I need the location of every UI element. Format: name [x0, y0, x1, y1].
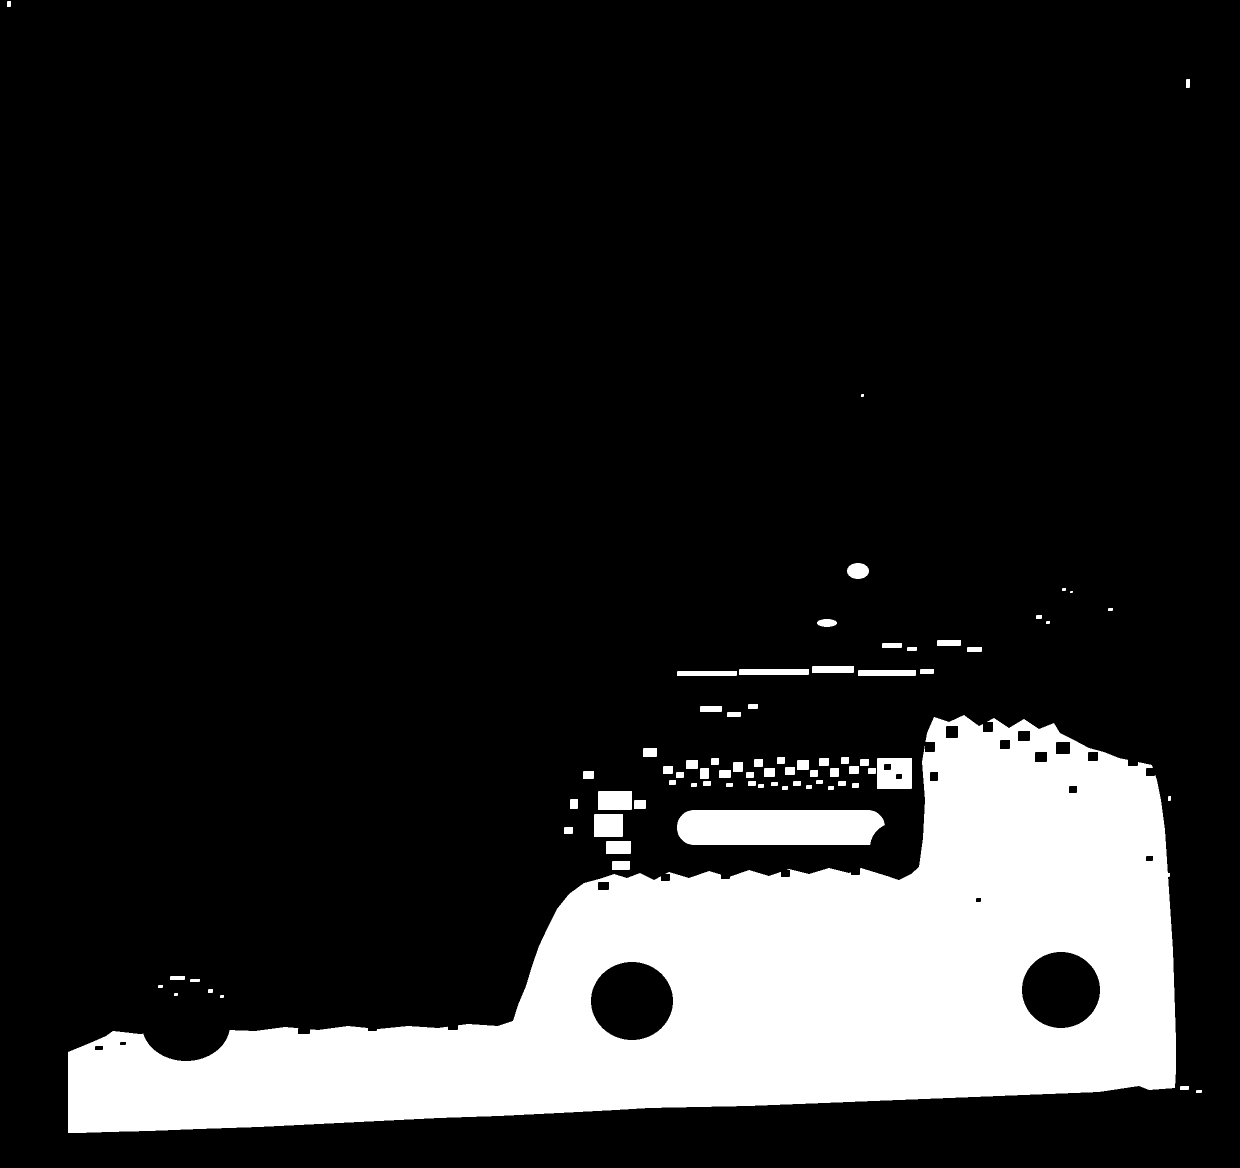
bright-spot-lower	[817, 619, 837, 627]
left-edge-patches	[564, 827, 573, 834]
edge-checker-blocks	[946, 726, 958, 738]
noise-specks	[1070, 591, 1073, 593]
speckle-band	[797, 760, 809, 770]
speckle-band	[746, 772, 754, 778]
speckle-band	[748, 781, 756, 786]
top-highlight-streak	[739, 669, 809, 675]
speckle-band	[860, 759, 869, 766]
top-highlight-streak	[677, 671, 737, 676]
speckle-band	[877, 758, 912, 789]
noise-specks	[1036, 615, 1042, 619]
top-highlight-streak	[727, 712, 741, 717]
page: { "canvas": { "width": 1240, "height": 1…	[0, 0, 1240, 1168]
noise-specks	[1196, 1090, 1202, 1093]
edge-checker-blocks	[448, 1025, 458, 1030]
edge-checker-blocks	[1018, 731, 1030, 741]
speckle-band	[676, 772, 684, 778]
speckle-band	[838, 781, 846, 786]
speckle-band	[686, 760, 698, 769]
speckle-band	[754, 759, 763, 767]
edge-checker-blocks	[1146, 856, 1153, 861]
left-edge-patches	[598, 791, 632, 810]
speckle-band	[777, 757, 785, 764]
speckle-band	[691, 783, 697, 787]
top-highlight-streak	[812, 666, 854, 673]
speckle-band	[793, 781, 801, 786]
speckle-band	[849, 766, 859, 774]
edge-checker-blocks	[896, 774, 902, 779]
strip-specks	[158, 985, 163, 988]
edge-checker-blocks	[781, 870, 790, 877]
left-edge-patches	[583, 771, 594, 779]
upper-wisps	[937, 640, 961, 646]
edge-checker-blocks	[976, 898, 981, 902]
edge-checker-blocks	[721, 872, 730, 879]
hole-right	[1022, 952, 1100, 1028]
speckle-band	[830, 768, 839, 777]
speckle-band	[806, 785, 812, 789]
noise-specks	[1168, 796, 1171, 801]
left-edge-patches	[594, 814, 623, 837]
base-strip-dark-bulge	[142, 989, 230, 1061]
speckle-band	[771, 782, 778, 786]
speckle-band	[785, 767, 795, 775]
binary-image-figure	[0, 0, 1240, 1168]
speckle-band	[841, 757, 849, 764]
speckle-band	[700, 768, 709, 779]
left-edge-patches	[570, 799, 578, 809]
speckle-band	[782, 786, 788, 790]
speckle-band	[819, 758, 829, 766]
speckle-band	[703, 781, 711, 786]
speckle-band	[669, 780, 676, 785]
strip-specks	[170, 976, 185, 980]
speckle-band	[828, 786, 834, 790]
edge-checker-blocks	[1000, 740, 1010, 749]
slot-end-knob	[870, 823, 920, 873]
noise-specks	[1180, 1086, 1189, 1090]
edge-checker-blocks	[1056, 742, 1070, 754]
upper-wisps	[967, 647, 982, 652]
speckle-band	[810, 770, 818, 777]
edge-checker-blocks	[884, 764, 891, 770]
edge-checker-blocks	[983, 722, 993, 732]
speckle-band	[852, 783, 859, 788]
edge-checker-blocks	[930, 772, 938, 781]
edge-checker-blocks	[1069, 786, 1077, 793]
speckle-band	[733, 762, 743, 772]
noise-specks	[1046, 621, 1050, 624]
part-silhouette-white-region	[68, 715, 1176, 1133]
speckle-band	[663, 766, 673, 774]
hole-left	[591, 962, 673, 1040]
edge-checker-blocks	[1128, 758, 1138, 766]
noise-specks	[1167, 873, 1170, 877]
noise-specks	[861, 394, 864, 397]
speckle-band	[711, 758, 719, 765]
speckle-band	[726, 783, 733, 787]
noise-specks	[1108, 608, 1113, 611]
edge-checker-blocks	[95, 1046, 103, 1050]
edge-checker-blocks	[598, 882, 609, 890]
top-highlight-streak	[858, 670, 916, 676]
strip-specks	[174, 993, 178, 996]
noise-specks	[1062, 588, 1066, 591]
edge-checker-blocks	[1088, 752, 1098, 761]
edge-checker-blocks	[1035, 752, 1047, 762]
slot-highlight-bar	[677, 810, 885, 845]
upper-wisps	[882, 643, 902, 648]
edge-checker-blocks	[1146, 768, 1155, 776]
edge-checker-blocks	[368, 1026, 377, 1031]
strip-specks	[220, 995, 224, 998]
top-highlight-streak	[920, 669, 934, 674]
bright-spot-upper	[847, 563, 869, 579]
edge-checker-blocks	[120, 1042, 126, 1045]
edge-checker-blocks	[851, 868, 860, 875]
top-highlight-streak	[748, 704, 758, 709]
speckle-band	[764, 768, 775, 777]
speckle-band	[719, 770, 731, 778]
speckle-band	[868, 768, 876, 774]
speckle-band	[758, 784, 764, 788]
edge-checker-blocks	[661, 874, 670, 881]
left-edge-patches	[643, 748, 657, 757]
upper-wisps	[907, 647, 917, 651]
noise-specks	[7, 1, 11, 7]
top-highlight-streak	[700, 706, 722, 712]
left-edge-patches	[634, 800, 646, 809]
strip-specks	[208, 989, 213, 993]
edge-checker-blocks	[298, 1028, 310, 1034]
left-edge-patches	[612, 861, 630, 870]
edge-checker-blocks	[925, 742, 935, 752]
speckle-band	[816, 780, 823, 784]
noise-specks	[1186, 79, 1190, 88]
left-edge-patches	[606, 841, 631, 854]
strip-specks	[190, 979, 200, 982]
thresholded-photo-canvas	[0, 0, 1240, 1168]
